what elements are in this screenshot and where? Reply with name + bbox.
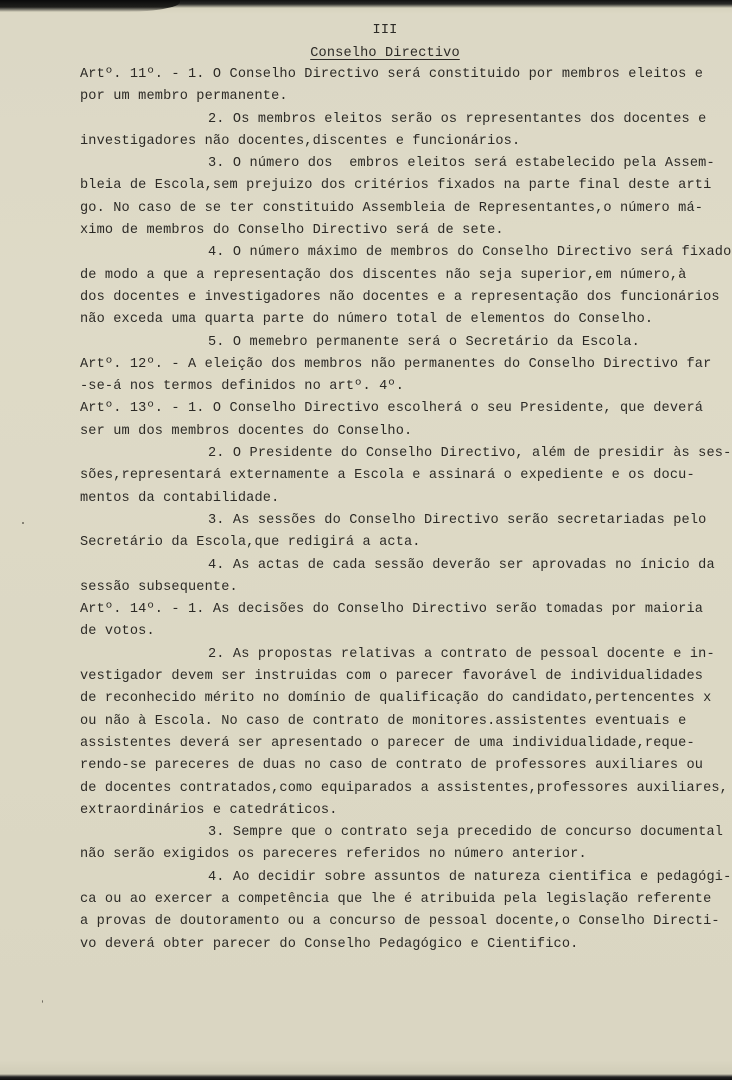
text-line: ou não à Escola. No caso de contrato de … — [80, 711, 710, 733]
text-line: não serão exigidos os pareceres referido… — [80, 844, 710, 866]
text-line: 3. Sempre que o contrato seja precedido … — [80, 822, 710, 844]
section-title: Conselho Directivo — [310, 46, 460, 61]
text-line: 2. As propostas relativas a contrato de … — [80, 644, 710, 666]
text-line: por um membro permanente. — [80, 86, 710, 108]
text-line: 2. O Presidente do Conselho Directivo, a… — [80, 443, 710, 465]
text-line: Artº. 14º. - 1. As decisões do Conselho … — [80, 599, 710, 621]
text-line: -se-á nos termos definidos no artº. 4º. — [80, 376, 710, 398]
text-line: de docentes contratados,como equiparados… — [80, 778, 710, 800]
section-number: III — [60, 20, 710, 42]
text-line: 3. O número dos embros eleitos será esta… — [80, 153, 710, 175]
text-line: ximo de membros do Conselho Directivo se… — [80, 220, 710, 242]
text-line: Artº. 13º. - 1. O Conselho Directivo esc… — [80, 398, 710, 420]
text-line: ca ou ao exercer a competência que lhe é… — [80, 889, 710, 911]
text-line: Secretário da Escola,que redigirá a acta… — [80, 532, 710, 554]
scanned-page: III Conselho Directivo Artº. 11º. - 1. O… — [0, 0, 732, 1080]
text-line: Artº. 12º. - A eleição dos membros não p… — [80, 354, 710, 376]
text-line: rendo-se pareceres de duas no caso de co… — [80, 755, 710, 777]
text-line: bleia de Escola,sem prejuizo dos critéri… — [80, 175, 710, 197]
paper-speck — [22, 522, 24, 524]
text-line: ser um dos membros docentes do Conselho. — [80, 421, 710, 443]
document-lines: Artº. 11º. - 1. O Conselho Directivo ser… — [80, 64, 710, 956]
text-line: 4. As actas de cada sessão deverão ser a… — [80, 555, 710, 577]
text-line: de modo a que a representação dos discen… — [80, 265, 710, 287]
text-line: assistentes deverá ser apresentado o par… — [80, 733, 710, 755]
text-line: Artº. 11º. - 1. O Conselho Directivo ser… — [80, 64, 710, 86]
text-line: 2. Os membros eleitos serão os represent… — [80, 109, 710, 131]
scan-edge-top — [0, 0, 732, 8]
text-line: 5. O memebro permanente será o Secretári… — [80, 332, 710, 354]
scan-edge-bottom — [0, 1074, 732, 1080]
text-line: a provas de doutoramento ou a concurso d… — [80, 911, 710, 933]
text-line: sessão subsequente. — [80, 577, 710, 599]
text-line: vo deverá obter parecer do Conselho Peda… — [80, 934, 710, 956]
text-line: dos docentes e investigadores não docent… — [80, 287, 710, 309]
text-line: sões,representará externamente a Escola … — [80, 465, 710, 487]
section-title-wrap: Conselho Directivo — [60, 42, 710, 64]
text-line: de reconhecido mérito no domínio de qual… — [80, 688, 710, 710]
text-line: de votos. — [80, 621, 710, 643]
text-line: 4. O número máximo de membros do Conselh… — [80, 242, 710, 264]
text-line: investigadores não docentes,discentes e … — [80, 131, 710, 153]
typewritten-body: III Conselho Directivo Artº. 11º. - 1. O… — [80, 20, 710, 956]
paper-speck — [42, 1000, 43, 1003]
text-line: vestigador devem ser instruidas com o pa… — [80, 666, 710, 688]
text-line: 4. Ao decidir sobre assuntos de natureza… — [80, 867, 710, 889]
text-line: go. No caso de se ter constituido Assemb… — [80, 198, 710, 220]
text-line: 3. As sessões do Conselho Directivo serã… — [80, 510, 710, 532]
text-line: extraordinários e catedráticos. — [80, 800, 710, 822]
text-line: mentos da contabilidade. — [80, 488, 710, 510]
text-line: não exceda uma quarta parte do número to… — [80, 309, 710, 331]
